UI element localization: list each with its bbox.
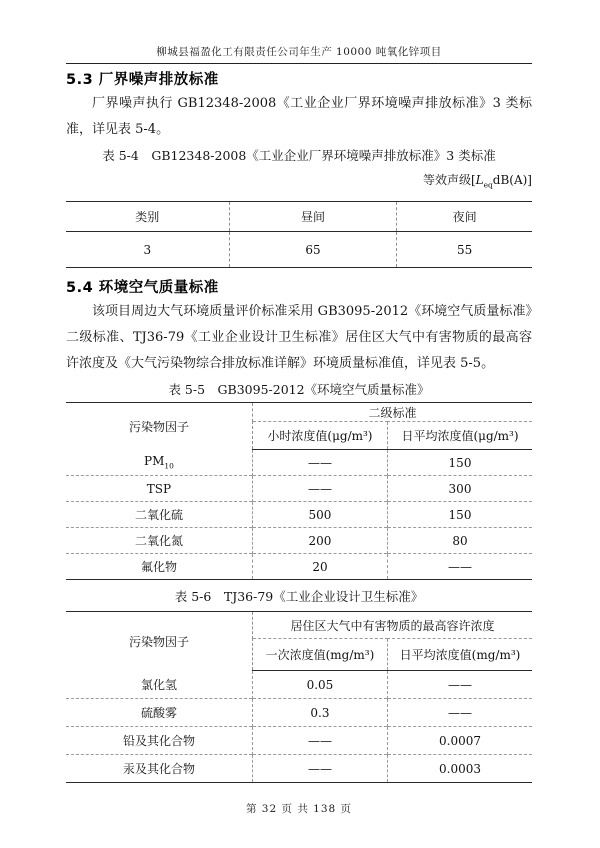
aq-cell-daily: 300 (388, 476, 532, 502)
table-header-row: 污染物因子 居住区大气中有害物质的最高容许浓度 (66, 612, 532, 639)
section-5-4-heading: 5.4 环境空气质量标准 (66, 276, 532, 297)
table-row-lead: 铅及其化合物 —— 0.0007 (66, 727, 532, 755)
aq-cell-name: 氟化物 (66, 554, 252, 580)
noise-header-category: 类别 (66, 202, 229, 232)
table-row-mercury: 汞及其化合物 —— 0.0003 (66, 755, 532, 783)
hs-header-group: 居住区大气中有害物质的最高容许浓度 (252, 612, 532, 639)
pm-subscript: 10 (164, 462, 173, 471)
hs-cell-name: 硫酸雾 (66, 699, 252, 727)
table-row-pm10: PM10 —— 150 (66, 450, 532, 476)
aq-cell-name: TSP (66, 476, 252, 502)
aq-cell-name: 二氧化硫 (66, 502, 252, 528)
noise-cell-nighttime: 55 (397, 232, 532, 268)
hs-cell-once: 0.3 (252, 699, 387, 727)
hs-cell-daily: 0.0007 (388, 727, 532, 755)
unit-note-symbol: L (476, 173, 484, 187)
aq-cell-daily: 80 (388, 528, 532, 554)
hs-cell-name: 铅及其化合物 (66, 727, 252, 755)
table-5-6-caption: 表 5-6 TJ36-79《工业企业设计卫生标准》 (66, 588, 532, 605)
aq-cell-hourly: 20 (252, 554, 387, 580)
hs-cell-daily: —— (388, 699, 532, 727)
aq-cell-name: 二氧化氮 (66, 528, 252, 554)
page-footer: 第 32 页 共 138 页 (66, 801, 532, 816)
aq-header-daily: 日平均浓度值(μg/m³) (388, 422, 532, 450)
hs-cell-daily: 0.0003 (388, 755, 532, 783)
table-row-no2: 二氧化氮 200 80 (66, 528, 532, 554)
page-header-title: 柳城县福盈化工有限责任公司年生产 10000 吨氧化锌项目 (66, 44, 532, 64)
aq-cell-hourly: 200 (252, 528, 387, 554)
hs-cell-name: 汞及其化合物 (66, 755, 252, 783)
table-5-5-caption: 表 5-5 GB3095-2012《环境空气质量标准》 (66, 381, 532, 398)
table-row-sulfuric-mist: 硫酸雾 0.3 —— (66, 699, 532, 727)
hs-cell-name: 氯化氢 (66, 671, 252, 699)
hs-cell-once: —— (252, 755, 387, 783)
noise-standard-table: 类别 昼间 夜间 3 65 55 (66, 201, 532, 268)
table-row-hcl: 氯化氢 0.05 —— (66, 671, 532, 699)
table-5-4-caption: 表 5-4 GB12348-2008《工业企业厂界环境噪声排放标准》3 类标准 (66, 147, 532, 164)
table-row-fluoride: 氟化物 20 —— (66, 554, 532, 580)
table-header-row: 类别 昼间 夜间 (66, 202, 532, 232)
aq-cell-daily: 150 (388, 450, 532, 476)
hs-header-once: 一次浓度值(mg/m³) (252, 639, 387, 671)
table-header-row: 污染物因子 二级标准 (66, 403, 532, 422)
noise-header-daytime: 昼间 (229, 202, 397, 232)
hs-header-daily: 日平均浓度值(mg/m³) (388, 639, 532, 671)
aq-cell-daily: 150 (388, 502, 532, 528)
table-row-so2: 二氧化硫 500 150 (66, 502, 532, 528)
unit-note-suffix: dB(A)] (493, 173, 532, 187)
section-5-3-paragraph: 厂界噪声执行 GB12348-2008《工业企业厂界环境噪声排放标准》3 类标准… (66, 91, 532, 143)
aq-cell-daily: —— (388, 554, 532, 580)
aq-cell-hourly: —— (252, 450, 387, 476)
table-row: 3 65 55 (66, 232, 532, 268)
document-page: 柳城县福盈化工有限责任公司年生产 10000 吨氧化锌项目 5.3 厂界噪声排放… (0, 0, 600, 848)
aq-header-group: 二级标准 (252, 403, 532, 422)
noise-header-nighttime: 夜间 (397, 202, 532, 232)
hygiene-standard-table: 污染物因子 居住区大气中有害物质的最高容许浓度 一次浓度值(mg/m³) 日平均… (66, 611, 532, 783)
unit-note-prefix: 等效声级[ (423, 173, 476, 187)
air-quality-standard-table: 污染物因子 二级标准 小时浓度值(μg/m³) 日平均浓度值(μg/m³) PM… (66, 402, 532, 580)
hs-cell-once: —— (252, 727, 387, 755)
unit-note-subscript: eq (484, 180, 493, 189)
hs-cell-once: 0.05 (252, 671, 387, 699)
hs-cell-daily: —— (388, 671, 532, 699)
table-row-tsp: TSP —— 300 (66, 476, 532, 502)
section-5-4-paragraph: 该项目周边大气环境质量评价标准采用 GB3095-2012《环境空气质量标准》二… (66, 299, 532, 377)
aq-cell-hourly: 500 (252, 502, 387, 528)
pm-label: PM (144, 454, 164, 468)
hs-header-pollutant: 污染物因子 (66, 612, 252, 671)
noise-unit-note: 等效声级[LeqdB(A)] (66, 172, 532, 193)
noise-cell-category: 3 (66, 232, 229, 268)
aq-header-pollutant: 污染物因子 (66, 403, 252, 450)
aq-header-hourly: 小时浓度值(μg/m³) (252, 422, 387, 450)
aq-cell-hourly: —— (252, 476, 387, 502)
aq-cell-name: PM10 (66, 450, 252, 476)
section-5-3-heading: 5.3 厂界噪声排放标准 (66, 68, 532, 89)
noise-cell-daytime: 65 (229, 232, 397, 268)
